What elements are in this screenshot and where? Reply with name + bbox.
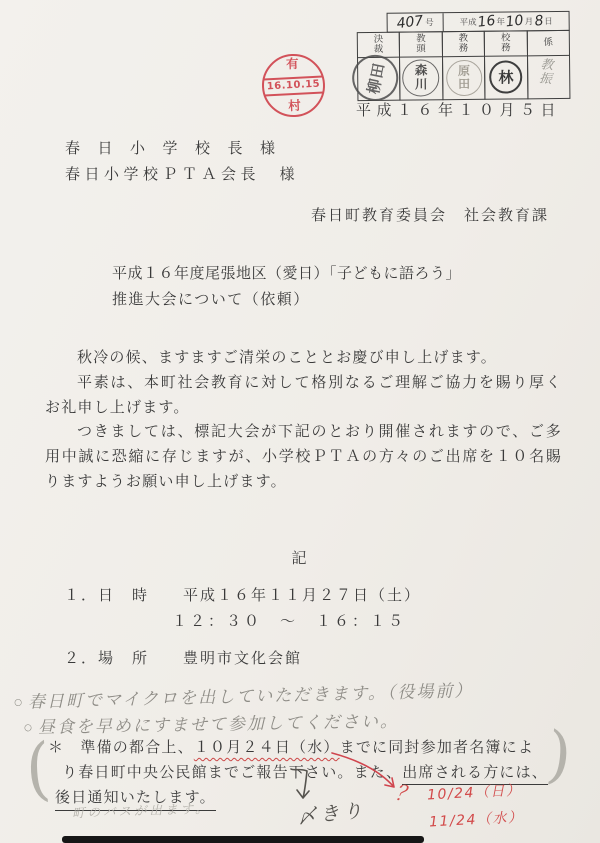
column-header: 教務 — [459, 34, 469, 55]
receipt-date-month: 10 — [506, 20, 524, 22]
recipient-pta-chair: 春日小学校ＰＴＡ会長 様 — [65, 163, 299, 184]
stamp-name-top: 有 — [286, 57, 299, 73]
schedule-item-time: １２：３０ ～ １６：１５ — [172, 610, 406, 631]
hanko-stamp-icon: 原田 — [446, 60, 482, 96]
receipt-date-month-label: 月 — [525, 15, 534, 27]
body-paragraph-1: 秋冷の候、ますますご清栄のこととお慶び申し上げます。 — [45, 346, 562, 371]
scan-edge-artifact — [62, 836, 424, 843]
red-date-october: 10/24（日） — [427, 780, 522, 805]
hanko-stamp-icon: 森川 — [402, 59, 439, 96]
column-header: 係 — [543, 38, 553, 48]
handwritten-note-bus: ○春日町でマイクロを出していただきます。（役場前） — [14, 676, 474, 713]
approval-column-komu: 校務 林 — [484, 30, 528, 99]
approval-column-kakari: 係 教振 — [526, 30, 570, 99]
receipt-number-cell: 407 号 — [388, 13, 444, 32]
pencil-paren-right: ) — [544, 723, 575, 787]
approval-columns: 決裁 柳田 教頭 森川 教務 原田 校務 林 — [357, 30, 571, 101]
column-header: 校務 — [501, 33, 511, 54]
receipt-date-year: 16 — [478, 21, 496, 23]
handwritten-note-town-bus: 町のバスが出ます。 — [72, 799, 211, 822]
subject-line-1: 平成１６年度尾張地区（愛日）「子どもに語ろう」 — [112, 262, 461, 283]
red-question-mark: ？ — [393, 777, 419, 810]
recipient-principal: 春日小学校長様 — [65, 137, 293, 158]
receipt-number-suffix: 号 — [425, 16, 434, 28]
receipt-number-handwritten: 407 — [397, 21, 424, 24]
approval-column-kyoto: 教頭 森川 — [399, 31, 443, 100]
hanko-stamp-icon: 柳田 — [348, 51, 402, 105]
receipt-date-day: 8 — [534, 21, 543, 22]
scanned-letter-page: 407 号 平成 16 年 10 月 8 日 決裁 柳田 教頭 — [0, 0, 600, 843]
hanko-stamp-icon: 林 — [489, 60, 522, 93]
stamp-name-bottom: 村 — [288, 99, 301, 115]
received-date-stamp-icon: 有 16.10.15 村 — [260, 52, 326, 118]
sender-organization: 春日町教育委員会 社会教育課 — [311, 204, 549, 225]
issue-date: 平成１６年１０月５日 — [356, 99, 561, 120]
handwritten-note-lunch: ○昼食を早めにすませて参加してください。 — [24, 707, 399, 739]
receipt-date-cell: 平成 16 年 10 月 8 日 — [444, 15, 569, 28]
bullet-icon: ○ — [14, 698, 24, 708]
approval-stamp-box: 407 号 平成 16 年 10 月 8 日 決裁 柳田 教頭 — [357, 11, 571, 101]
subject-line-2: 推進大会について（依頼） — [112, 288, 310, 309]
schedule-item-place: ２．場 所 豊明市文化会館 — [64, 647, 302, 668]
body-paragraph-3: つきましては、標記大会が下記のとおり開催されますので、ご多用中誠に恐縮に存じます… — [45, 420, 562, 494]
receipt-date-era: 平成 — [460, 16, 477, 28]
receipt-date-year-label: 年 — [496, 16, 505, 28]
letter-body: 秋冷の候、ますますご清栄のこととお慶び申し上げます。 平素は、本町社会教育に対し… — [45, 346, 562, 495]
red-date-november: 11/24（水） — [429, 807, 524, 832]
schedule-item-datetime: １．日 時 平成１６年１１月２７日（土） — [64, 584, 421, 605]
handwritten-deadline: 〆きり — [296, 795, 367, 829]
receipt-date-day-label: 日 — [544, 15, 553, 27]
star-note-line-1: ＊ 準備の都合上、１０月２４日（水）までに同封参加者名簿によ — [48, 736, 534, 757]
approval-column-kessai: 決裁 柳田 — [357, 32, 401, 101]
pencil-paren-left: ( — [24, 734, 52, 804]
approval-column-kyomu: 教務 原田 — [442, 31, 486, 100]
record-marker: 記 — [0, 547, 600, 568]
stamp-date: 16.10.15 — [264, 75, 324, 96]
pencil-initials: 教振 — [538, 57, 553, 85]
body-paragraph-2: 平素は、本町社会教育に対して格別なるご理解ご協力を賜り厚くお礼申し上げます。 — [45, 371, 562, 421]
column-header: 決裁 — [374, 35, 384, 56]
column-header: 教頭 — [416, 34, 426, 55]
